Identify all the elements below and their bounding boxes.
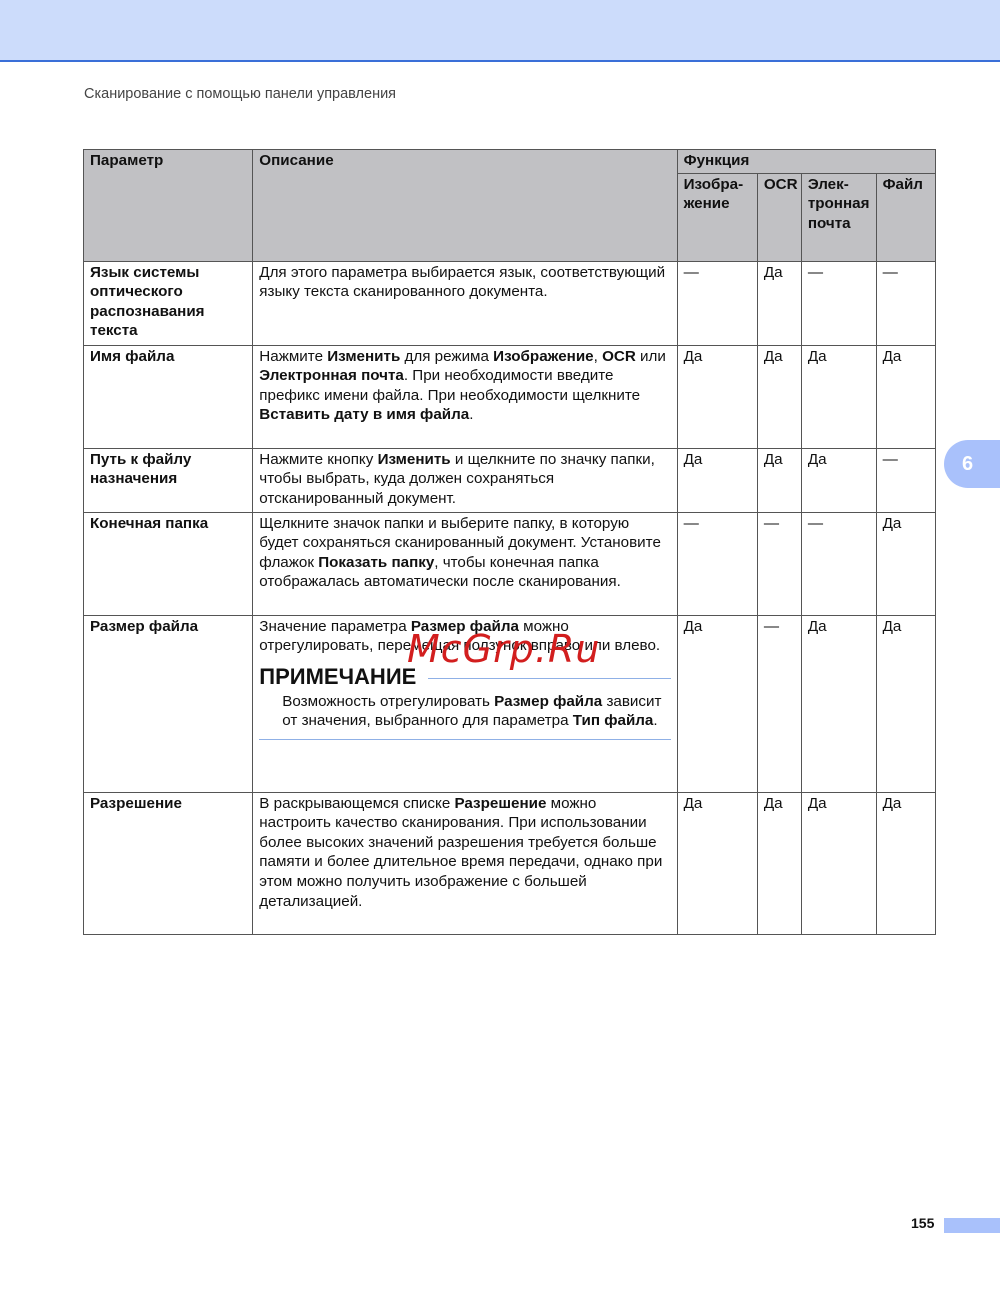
description-cell: Значение параметра Размер файла можно от… — [253, 615, 677, 792]
function-ocr-cell: Да — [757, 261, 801, 345]
page-top-band — [0, 0, 1000, 62]
parameters-table: Параметр Описание Функция Изобра- жение … — [83, 149, 936, 935]
function-email-cell: Да — [801, 345, 876, 448]
header-desc: Описание — [253, 150, 677, 262]
header-image: Изобра- жение — [677, 173, 757, 261]
note-title: ПРИМЕЧАНИЕ — [259, 664, 416, 690]
note-divider — [428, 678, 670, 679]
description-text: В раскрывающемся списке Разрешение можно… — [259, 794, 670, 912]
function-email-cell: Да — [801, 448, 876, 512]
description-cell: Для этого параметра выбирается язык, соо… — [253, 261, 677, 345]
running-header: Сканирование с помощью панели управления — [84, 86, 396, 102]
description-text: Значение параметра Размер файла можно от… — [259, 617, 670, 656]
function-email-cell: Да — [801, 615, 876, 792]
chapter-tab: 6 — [944, 440, 1000, 488]
function-ocr-cell: — — [757, 615, 801, 792]
function-email-cell: — — [801, 512, 876, 615]
table-row: Размер файлаЗначение параметра Размер фа… — [84, 615, 936, 792]
function-file-cell: — — [876, 448, 935, 512]
description-cell: Нажмите Изменить для режима Изображение,… — [253, 345, 677, 448]
param-cell: Путь к файлу назначения — [84, 448, 253, 512]
function-image-cell: — — [677, 512, 757, 615]
function-file-cell: — — [876, 261, 935, 345]
description-cell: Нажмите кнопку Изменить и щелкните по зн… — [253, 448, 677, 512]
description-cell: В раскрывающемся списке Разрешение можно… — [253, 792, 677, 934]
param-cell: Размер файла — [84, 615, 253, 792]
table-row: РазрешениеВ раскрывающемся списке Разреш… — [84, 792, 936, 934]
function-file-cell: Да — [876, 345, 935, 448]
param-cell: Конечная папка — [84, 512, 253, 615]
function-file-cell: Да — [876, 615, 935, 792]
function-image-cell: Да — [677, 615, 757, 792]
function-ocr-cell: Да — [757, 448, 801, 512]
function-file-cell: Да — [876, 512, 935, 615]
table-row: Язык системы оптического распознавания т… — [84, 261, 936, 345]
function-ocr-cell: Да — [757, 345, 801, 448]
description-text: Для этого параметра выбирается язык, соо… — [259, 263, 670, 302]
function-email-cell: Да — [801, 792, 876, 934]
note-divider-bottom — [259, 739, 670, 740]
function-image-cell: — — [677, 261, 757, 345]
function-image-cell: Да — [677, 448, 757, 512]
description-text: Щелкните значок папки и выберите папку, … — [259, 514, 670, 592]
function-file-cell: Да — [876, 792, 935, 934]
function-ocr-cell: Да — [757, 792, 801, 934]
function-image-cell: Да — [677, 345, 757, 448]
header-function: Функция — [677, 150, 935, 174]
page-number: 155 — [911, 1215, 934, 1231]
function-image-cell: Да — [677, 792, 757, 934]
table-row: Конечная папкаЩелкните значок папки и вы… — [84, 512, 936, 615]
param-cell: Разрешение — [84, 792, 253, 934]
page-bar — [944, 1218, 1000, 1233]
note-body: Возможность отрегулировать Размер файла … — [259, 692, 670, 731]
function-ocr-cell: — — [757, 512, 801, 615]
table-row: Имя файлаНажмите Изменить для режима Изо… — [84, 345, 936, 448]
description-text: Нажмите Изменить для режима Изображение,… — [259, 347, 670, 425]
function-email-cell: — — [801, 261, 876, 345]
param-cell: Имя файла — [84, 345, 253, 448]
description-text: Нажмите кнопку Изменить и щелкните по зн… — [259, 450, 670, 509]
header-file: Файл — [876, 173, 935, 261]
note-header: ПРИМЕЧАНИЕ — [259, 664, 670, 690]
header-param: Параметр — [84, 150, 253, 262]
header-email: Элек- тронная почта — [801, 173, 876, 261]
description-cell: Щелкните значок папки и выберите папку, … — [253, 512, 677, 615]
header-ocr: OCR — [757, 173, 801, 261]
param-cell: Язык системы оптического распознавания т… — [84, 261, 253, 345]
table-row: Путь к файлу назначенияНажмите кнопку Из… — [84, 448, 936, 512]
